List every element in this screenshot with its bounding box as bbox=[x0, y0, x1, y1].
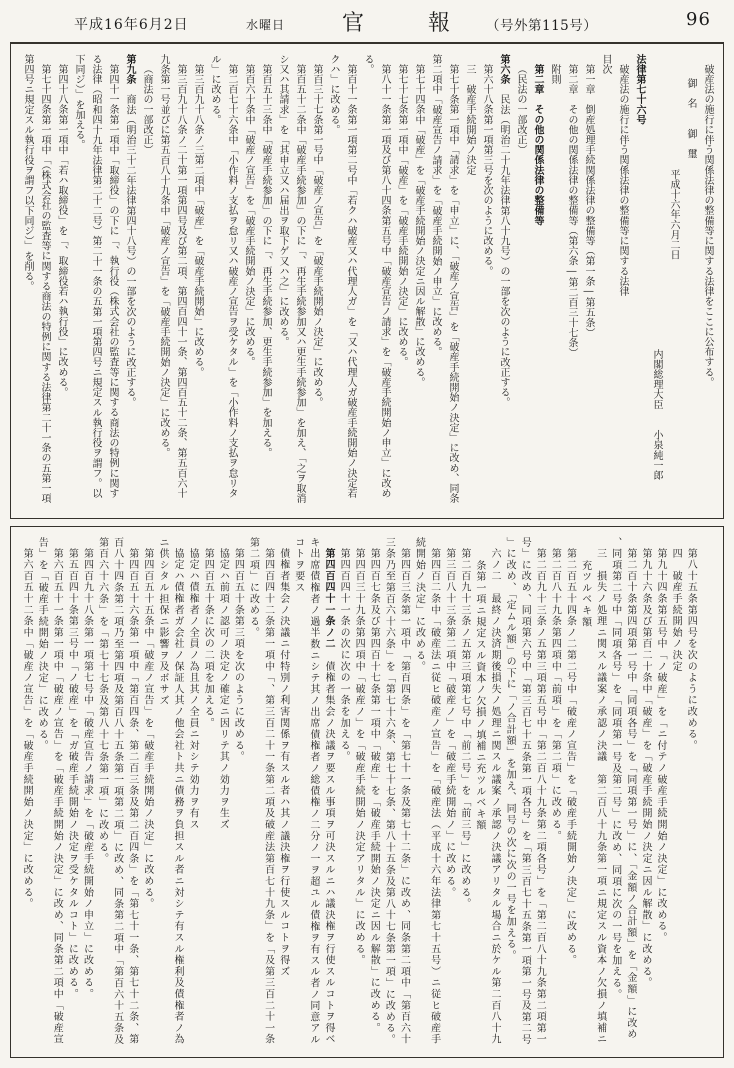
law-paragraph: 第四百五十六条第一項中「第百四条、第二百三条及第二百四条」を「第七十一条、第七十… bbox=[94, 537, 139, 1047]
law-paragraph: 協定ハ前項ノ認可ノ決定ノ確定ニ因リテ其ノ効力ヲ生ズ bbox=[215, 537, 230, 1047]
law-paragraph: 第四百五十条に次の二項を加える。 bbox=[200, 537, 215, 1047]
law-paragraph: 第二章 その他の関係法律の整備等 bbox=[529, 54, 546, 508]
signature-line: 内閣総理大臣 小泉純一郎 bbox=[648, 54, 665, 508]
law-paragraph: 第七十七条第一項中「破産」を「破産手続開始ノ決定」に改める。 bbox=[393, 54, 410, 508]
law-paragraph: 第四百五十条第三項を次のように改める。 bbox=[230, 537, 245, 1047]
law-paragraph: 第九十六条及び第百二十条中「破産」を「破産手続開始ノ決定ニ因ル解散」に改める。 bbox=[638, 537, 653, 1047]
law-paragraph: 第四百四十一条ノ二 債権者集会ノ決議ヲ要スル事項ヲ可決スルニハ議決権ヲ行使スルコ… bbox=[291, 537, 336, 1047]
law-paragraph: 第二百七十六条中「小作料ノ支払ヲ怠リ又ハ破産ノ宣告ヲ受ケタル」を「小作料ノ支払ヲ… bbox=[206, 54, 240, 508]
law-paragraph: 第百十一条第一項第二号中「若クハ破産又ハ代理人ガ」を「又ハ代理人ガ破産手続開始ノ… bbox=[325, 54, 359, 508]
law-paragraph: 三 損失ノ処理ニ関スル議案ノ承認ノ決議 第二百八十九条第一項ニ規定スル資本ノ欠損… bbox=[577, 537, 607, 1047]
law-paragraph: 第六十八条第一項第三号を次のように改める。 bbox=[478, 54, 495, 508]
issue-number: （号外第115号） bbox=[486, 14, 597, 34]
law-paragraph: 三 破産手続開始ノ決定 bbox=[461, 54, 478, 508]
law-paragraph: 第四百四十一条の次に次の一条を加える。 bbox=[336, 537, 351, 1047]
law-paragraph: 第一章 倒産処理手続関係法律の整備等（第一条―第五条） bbox=[580, 54, 597, 508]
law-paragraph: 第四百五十五条中「破産ノ宣告」を「破産手続開始ノ決定」に改める。 bbox=[140, 537, 155, 1047]
law-paragraph: 第七十四条中「破産」を「破産手続開始ノ決定ニ因ル解散」に改める。 bbox=[410, 54, 427, 508]
law-paragraph: 御 名 御 璽 bbox=[682, 54, 699, 508]
law-paragraph: 第六百五十一条第一項中「破産ノ宣告」を「破産手続開始ノ決定」に改め、同条第二項中… bbox=[34, 537, 64, 1047]
law-paragraph: 第二百九十三条ノ五第三項第五号中「第二百八十九条第二項各号」を「第二百八十九条第… bbox=[502, 537, 547, 1047]
law-paragraph: 第七十条第一項中「請求」を「申立」に、「破産ノ宣告」を「破産手続開始ノ決定」に改… bbox=[427, 54, 461, 508]
law-paragraph: 第六条 民法（明治二十九年法律第八十九号）の一部を次のように改正する。 bbox=[495, 54, 512, 508]
law-paragraph: 平成十六年六月二日 bbox=[665, 54, 682, 508]
law-paragraph: 第三百九十八条ノ三第二項中「破産」を「破産手続開始」に改める。 bbox=[189, 54, 206, 508]
law-paragraph: 協定ハ債権者ノ全員ノ為且其ノ全員ニ対シテ効力ヲ有ス bbox=[185, 537, 200, 1047]
issue-weekday: 水曜日 bbox=[246, 16, 285, 33]
law-paragraph: 第四十一条第一項中「取締役」の下に「、執行役（株式会社の監査等に関する商法の特例… bbox=[70, 54, 121, 508]
law-paragraph: 第百五十三条中「破産手続参加」の下に「、再生手続参加、更生手続参加」を加える。 bbox=[257, 54, 274, 508]
law-paragraph: 第四百三十九条第四項中「破産ノ」を「破産手続開始ノ決定アリタル」に改める。 bbox=[351, 537, 366, 1047]
law-paragraph: 第九十四条第五号中「ノ破産」を「ニ付テノ破産手続開始ノ決定」に改める。 bbox=[653, 537, 668, 1047]
law-paragraph: 第八十一条第一項及び第八十四条第五号中「破産宣告ノ請求」を「破産手続開始ノ申立」… bbox=[359, 54, 393, 508]
law-paragraph: 協定ハ債権者ガ会社ノ保証人其ノ他会社ト共ニ債務ヲ負担スル者ニ対シテ有スル権利及債… bbox=[155, 537, 185, 1047]
law-paragraph: 第四百七条及び第四百十七条第一項中「破産」を「破産手続開始ノ決定ニ因ル解散」に改… bbox=[366, 537, 381, 1047]
law-paragraph: 第四十八条第一項中「若ハ取締役」を「、取締役若ハ執行役」に改める。 bbox=[53, 54, 70, 508]
law-paragraph: 第二百八十九条第四項中「前項」を「第二項」に改める。 bbox=[547, 537, 562, 1047]
page-number: 96 bbox=[686, 9, 711, 30]
kanpo-gazette-page: 平成16年6月2日 水曜日 官報 （号外第115号） 96 破産法の施行に伴う関… bbox=[0, 0, 734, 1068]
law-paragraph: 第八十五条第四号を次のように改める。 bbox=[683, 537, 698, 1047]
law-paragraph: 第五百四十条第三号中「ノ破産」を「ガ破産手続開始ノ決定ヲ受ケタルコト」に改める。 bbox=[64, 537, 79, 1047]
law-paragraph: 第四百九十八条第一項第七号中「破産宣告ノ請求」を「破産手続開始ノ申立」に改める。 bbox=[79, 537, 94, 1047]
law-paragraph: 第四百三条第一項中「第百四条」を「第七十一条及第七十二条」に改め、同条第二項中「… bbox=[381, 537, 411, 1047]
law-paragraph: 破産法の施行に伴う関係法律の整備等に関する法律をここに公布する。 bbox=[699, 54, 716, 508]
promulgation-and-amendments-block: 破産法の施行に伴う関係法律の整備等に関する法律をここに公布する。御 名 御 璽平… bbox=[10, 42, 724, 519]
page-header: 平成16年6月2日 水曜日 官報 （号外第115号） 96 bbox=[0, 0, 734, 42]
law-paragraph: 第四百四十二条第一項中「、第三百二十一条第二項及破産法第百七十九条」を「及第三百… bbox=[245, 537, 275, 1047]
law-paragraph: （商法の一部改正） bbox=[138, 54, 155, 508]
law-paragraph: （民法の一部改正） bbox=[512, 54, 529, 508]
issue-date: 平成16年6月2日 bbox=[74, 14, 189, 34]
law-paragraph: 第六百五十二条中「破産ノ宣告」を「破産手続開始ノ決定」に改める。 bbox=[19, 537, 34, 1047]
law-paragraph: 第二章 その他の関係法律の整備等（第六条―第二百三十七条） bbox=[563, 54, 580, 508]
law-paragraph: 第百三十七条第一号中「破産ノ宣告」を「破産手続開始ノ決定」に改める。 bbox=[308, 54, 325, 508]
law-paragraph: 目次 bbox=[597, 54, 614, 508]
law-paragraph: 附則 bbox=[546, 54, 563, 508]
law-paragraph: 第百五十二条中「破産手続参加」の下に「、再生手続参加又ハ更生手続参加」を加え、「… bbox=[274, 54, 308, 508]
commercial-code-amendments-block: 第八十五条第四号を次のように改める。四 破産手続開始ノ決定第九十四条第五号中「ノ… bbox=[10, 526, 724, 1058]
law-paragraph: 第三百九十八条ノ二十第一項第四号及び第二項、第四百四十一条、第四百五十二条、第五… bbox=[155, 54, 189, 508]
law-paragraph: 第二百九十三条ノ五第三項第七号中「前二号」を「前三号」に改める。 bbox=[457, 537, 472, 1047]
law-paragraph: 第二百五十四条ノ二第二号中「破産ノ宣告」を「破産手続開始ノ決定」に改める。 bbox=[562, 537, 577, 1047]
law-paragraph: 第七十四条第一項中「（株式会社の監査等に関する商法の特例に関する法律第二十一条の… bbox=[19, 54, 53, 508]
law-paragraph: 第三百八十三条第二項中「破産ノ」を「破産手続開始ノ」に改める。 bbox=[442, 537, 457, 1047]
law-paragraph: 第二百十条第四項第一号中「同項各号」を「同項第一号」に、「金額ノ合計額」を「金額… bbox=[608, 537, 638, 1047]
law-title: 破産法の施行に伴う関係法律の整備等に関する法律 bbox=[614, 54, 631, 508]
law-paragraph: 第百六十条中「破産ノ宣告」を「破産手続開始ノ決定」に改める。 bbox=[240, 54, 257, 508]
law-paragraph: 四 破産手続開始ノ決定 bbox=[668, 537, 683, 1047]
law-paragraph: 債権者集会ノ決議ニ付特別ノ利害関係ヲ有スル者ハ其ノ議決権ヲ行使スルコトヲ得ズ bbox=[276, 537, 291, 1047]
law-paragraph: 六ノ二 最終ノ決済期後損失ノ処理ニ関スル議案ノ承認ノ決議アリタル場合ニ於ケル第二… bbox=[472, 537, 502, 1047]
vertical-law-text-bottom: 第八十五条第四号を次のように改める。四 破産手続開始ノ決定第九十四条第五号中「ノ… bbox=[11, 527, 706, 1057]
law-paragraph: 第四百二条中「破産法ニ従ヒ破産ノ宣告」を「破産法（平成十六年法律第七十五号）ニ従… bbox=[411, 537, 441, 1047]
vertical-law-text-top: 破産法の施行に伴う関係法律の整備等に関する法律をここに公布する。御 名 御 璽平… bbox=[11, 44, 724, 518]
law-paragraph: 第九条 商法（明治三十二年法律第四十八号）の一部を次のように改正する。 bbox=[121, 54, 138, 508]
law-number-heading: 法律第七十六号 bbox=[631, 54, 648, 508]
